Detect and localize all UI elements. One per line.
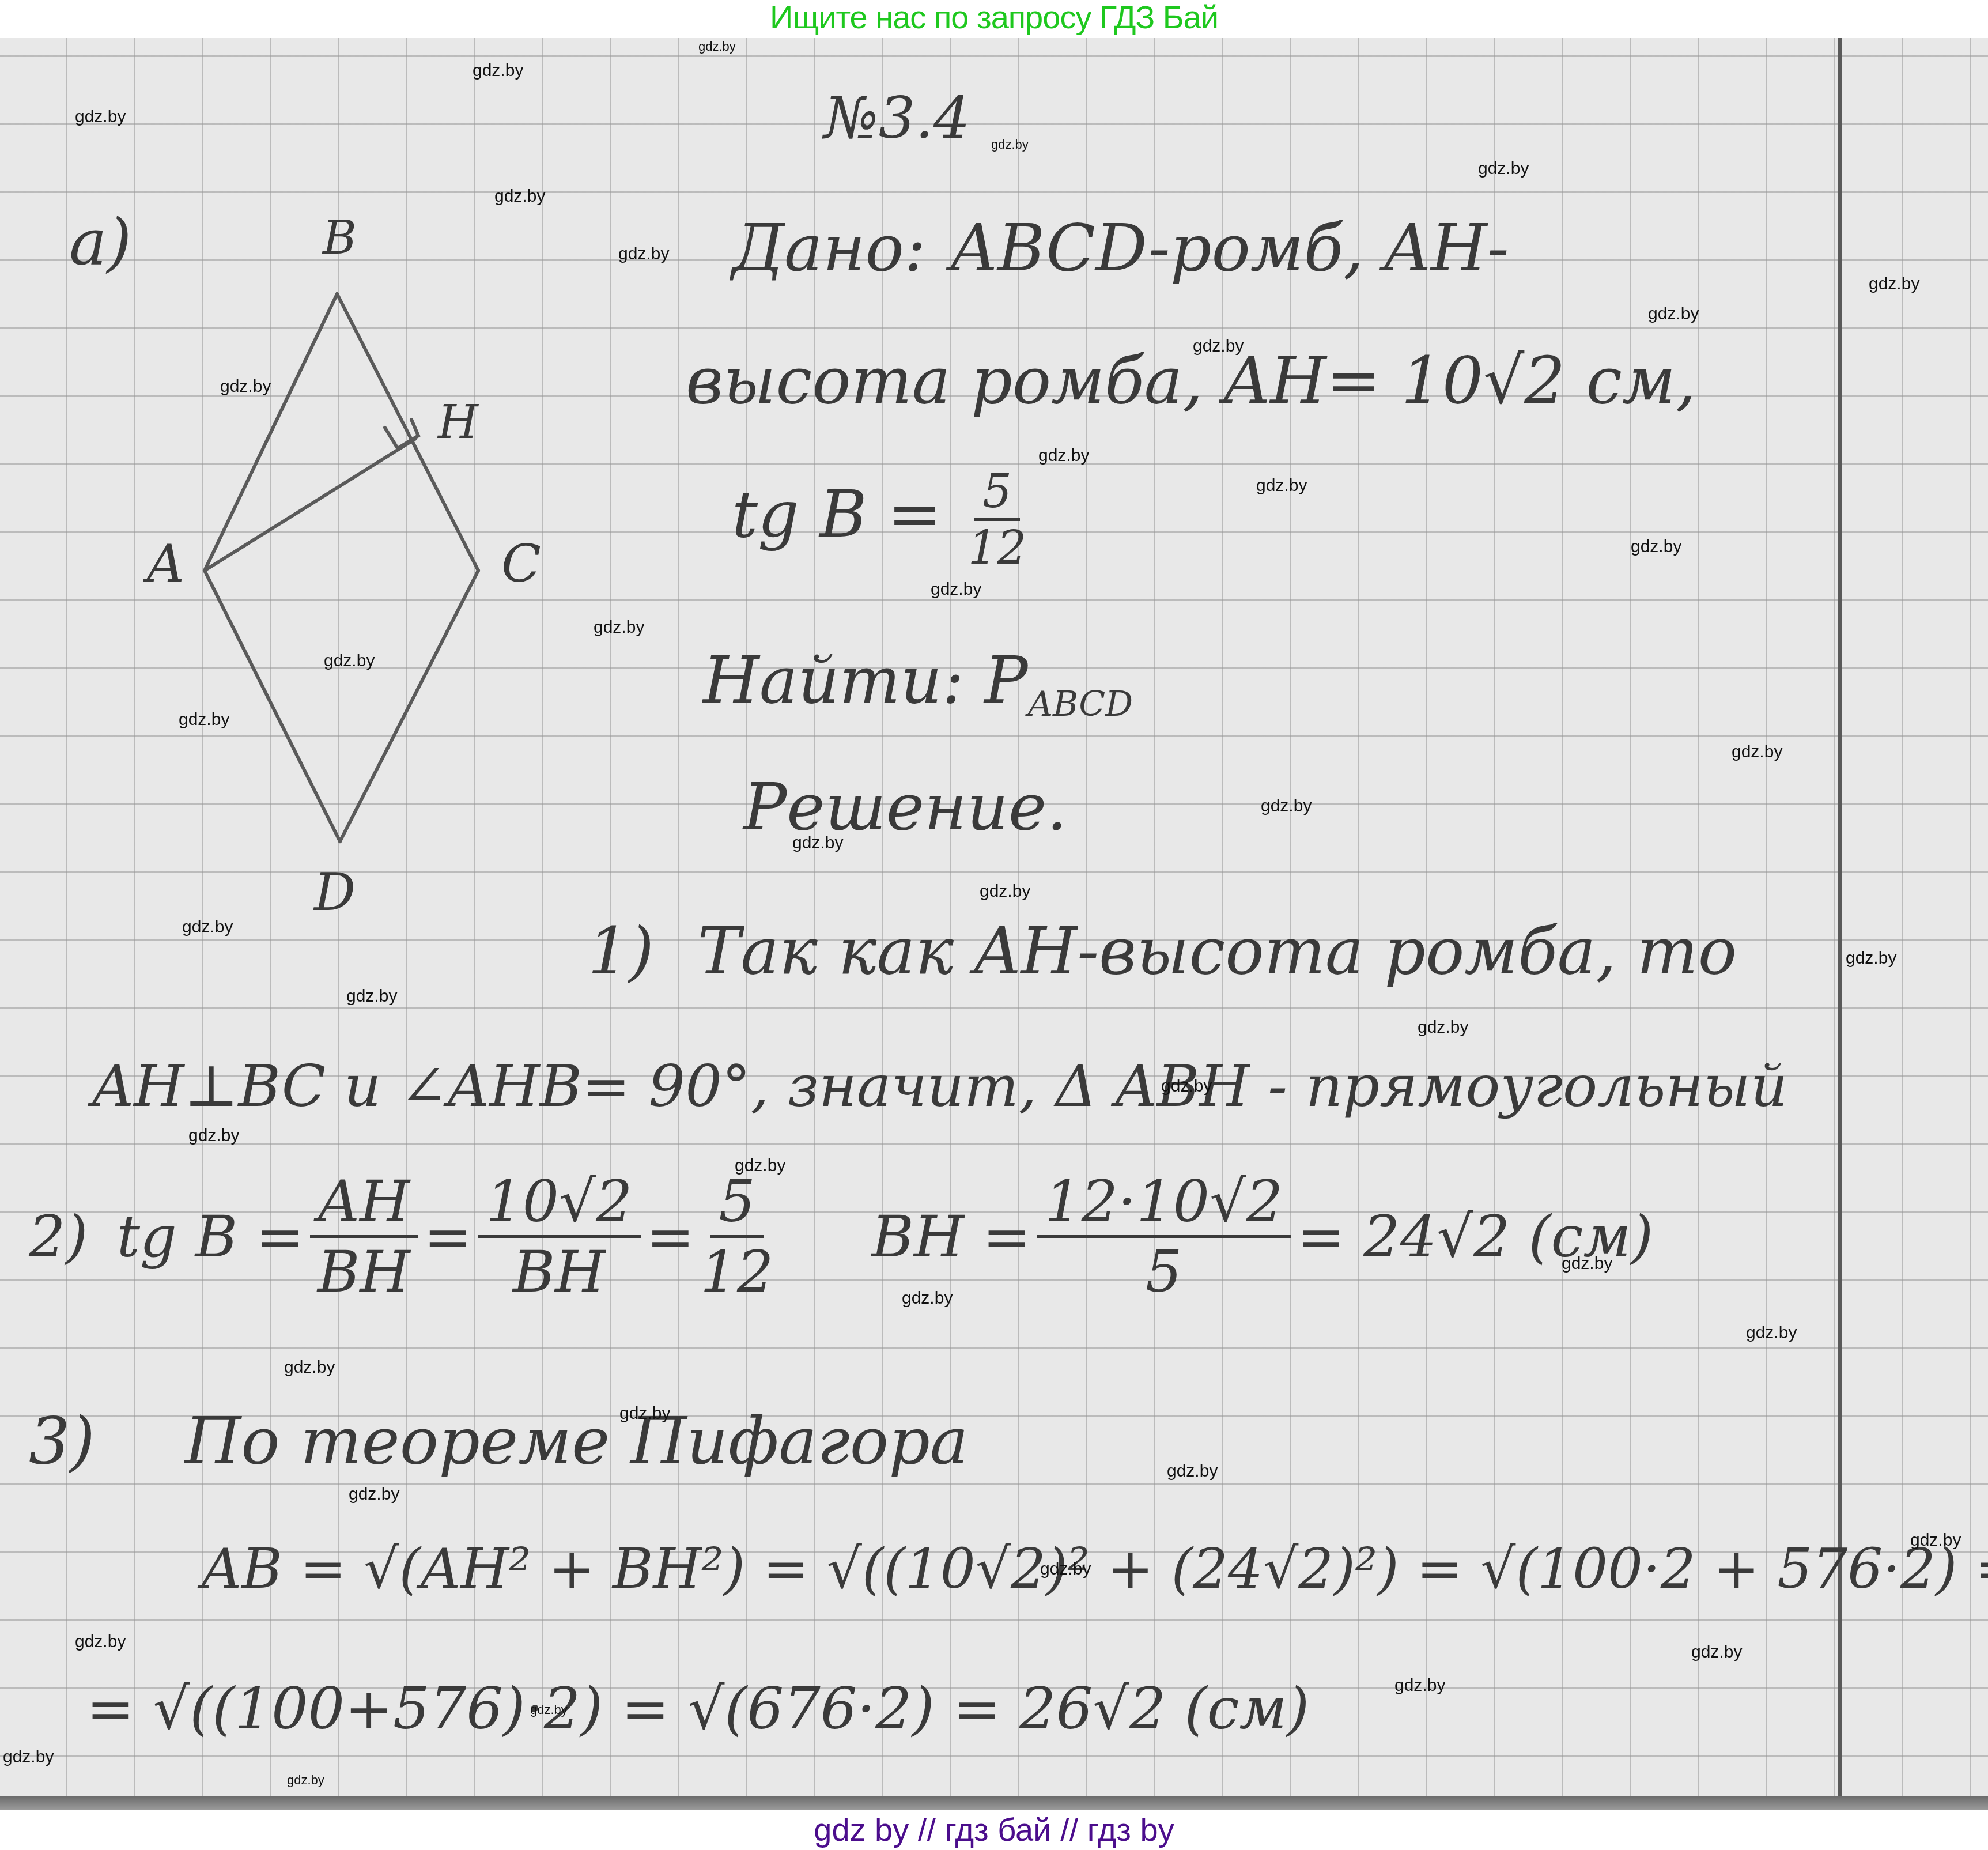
given-label: Дано:	[732, 211, 926, 286]
page-edge-shadow	[0, 1796, 1988, 1810]
watermark: gdz.by	[284, 1358, 335, 1377]
watermark: gdz.by	[1167, 1462, 1218, 1481]
watermark: gdz.by	[494, 187, 545, 206]
vertex-b: B	[323, 211, 357, 265]
fraction-denominator: BH	[513, 1238, 606, 1305]
watermark: gdz.by	[3, 1747, 54, 1767]
watermark: gdz.by	[1161, 1077, 1212, 1096]
fraction-denominator: 12	[968, 521, 1027, 575]
step-1-line2: AH⊥BC и ∠AHB= 90°, значит, Δ ABH - прямо…	[92, 1052, 1787, 1120]
step-1: 1) Так как AH-высота ромба, то	[588, 914, 1737, 989]
watermark: gdz.by	[931, 580, 981, 599]
watermark: gdz.by	[1869, 274, 1919, 294]
vertex-h: H	[438, 395, 478, 449]
watermark: gdz.by	[220, 377, 271, 397]
watermark: gdz.by	[980, 882, 1030, 901]
fraction-bh: 12·10√2 5	[1037, 1168, 1291, 1305]
watermark: gdz.by	[1846, 949, 1896, 968]
watermark: gdz.by	[698, 39, 736, 54]
watermark: gdz.by	[346, 987, 397, 1006]
watermark: gdz.by	[1732, 742, 1782, 762]
watermark: gdz.by	[75, 107, 126, 127]
watermark: gdz.by	[530, 1702, 568, 1717]
fraction-numerator: 5	[974, 465, 1020, 521]
tg-label: tg B =	[117, 1203, 304, 1270]
find-line: Найти: PABCD	[703, 643, 1133, 724]
bh-label: BH =	[872, 1203, 1031, 1270]
watermark: gdz.by	[991, 137, 1029, 152]
watermark: gdz.by	[75, 1632, 126, 1652]
watermark: gdz.by	[1478, 159, 1529, 179]
step-text: По теореме Пифагора	[185, 1404, 969, 1479]
watermark: gdz.by	[594, 618, 644, 637]
watermark: gdz.by	[618, 244, 669, 264]
fraction-ah-bh: AH BH	[310, 1168, 418, 1305]
step-3: 3) По теореме Пифагора	[29, 1404, 969, 1479]
watermark: gdz.by	[902, 1289, 953, 1308]
given-tg-fraction: 5 12	[968, 465, 1027, 575]
watermark: gdz.by	[1691, 1643, 1742, 1662]
given-line1: ABCD-ромб, AH-	[951, 211, 1509, 286]
fraction-5-12: 5 12	[700, 1168, 773, 1305]
step-number: 1)	[588, 914, 654, 989]
step-3-line3: = √((100+576)·2) = √(676·2) = 26√2 (см)	[86, 1675, 1309, 1742]
given-line2: высота ромба, AH= 10√2 см,	[686, 343, 1696, 418]
vertex-a: A	[147, 534, 184, 594]
step-text: Так как AH-высота ромба, то	[698, 914, 1737, 989]
find-value: P	[984, 643, 1027, 718]
watermark: gdz.by	[1261, 796, 1312, 816]
fraction-numerator: AH	[310, 1168, 418, 1238]
watermark: gdz.by	[735, 1156, 785, 1176]
fraction-numerator: 5	[710, 1168, 764, 1238]
watermark: gdz.by	[1040, 1560, 1091, 1579]
watermark: gdz.by	[1038, 446, 1089, 466]
watermark: gdz.by	[1631, 537, 1681, 557]
watermark: gdz.by	[1256, 476, 1307, 496]
watermark: gdz.by	[1193, 337, 1244, 356]
fraction-denominator: 12	[700, 1238, 773, 1305]
fraction-numerator: 12·10√2	[1037, 1168, 1291, 1238]
given-tg-label: tg B =	[732, 477, 942, 552]
watermark: gdz.by	[188, 1126, 239, 1146]
vertex-c: C	[501, 534, 541, 594]
find-subscript: ABCD	[1028, 684, 1133, 724]
step-2: 2) tg B = AH BH = 10√2 BH = 5 12 BH = 12…	[29, 1168, 1653, 1305]
find-label: Найти:	[703, 643, 964, 718]
watermark: gdz.by	[324, 651, 375, 671]
watermark: gdz.by	[182, 918, 233, 937]
fraction-denominator: BH	[318, 1238, 410, 1305]
vertex-d: D	[314, 862, 356, 923]
fraction-denominator: 5	[1146, 1238, 1182, 1305]
notebook-page: а) B A C D H №3.4 Дано: ABCD-ромб, AH- в…	[0, 38, 1988, 1796]
part-label: а)	[69, 205, 132, 279]
problem-number: №3.4	[824, 84, 970, 152]
margin-line	[1838, 38, 1842, 1796]
step-number: 2)	[29, 1203, 88, 1270]
watermark: gdz.by	[349, 1485, 399, 1504]
step-number: 3)	[29, 1404, 95, 1479]
watermark: gdz.by	[792, 833, 843, 853]
watermark: gdz.by	[1910, 1531, 1961, 1550]
watermark: gdz.by	[1746, 1323, 1797, 1343]
top-banner: Ищите нас по запросу ГДЗ Бай	[0, 0, 1988, 38]
watermark: gdz.by	[619, 1404, 670, 1424]
bottom-banner: gdz by // гдз бай // гдз by	[0, 1810, 1988, 1850]
watermark: gdz.by	[473, 61, 523, 81]
step-3-line2: AB = √(AH² + BH²) = √((10√2)² + (24√2)²)…	[202, 1536, 1988, 1601]
watermark: gdz.by	[1648, 304, 1699, 324]
given-tg: tg B = 5 12	[732, 465, 1032, 575]
watermark: gdz.by	[1562, 1254, 1612, 1274]
watermark: gdz.by	[179, 710, 229, 730]
watermark: gdz.by	[287, 1773, 324, 1788]
watermark: gdz.by	[1394, 1676, 1445, 1696]
fraction-10sqrt2-bh: 10√2 BH	[478, 1168, 641, 1305]
watermark: gdz.by	[1418, 1018, 1468, 1037]
fraction-numerator: 10√2	[478, 1168, 641, 1238]
